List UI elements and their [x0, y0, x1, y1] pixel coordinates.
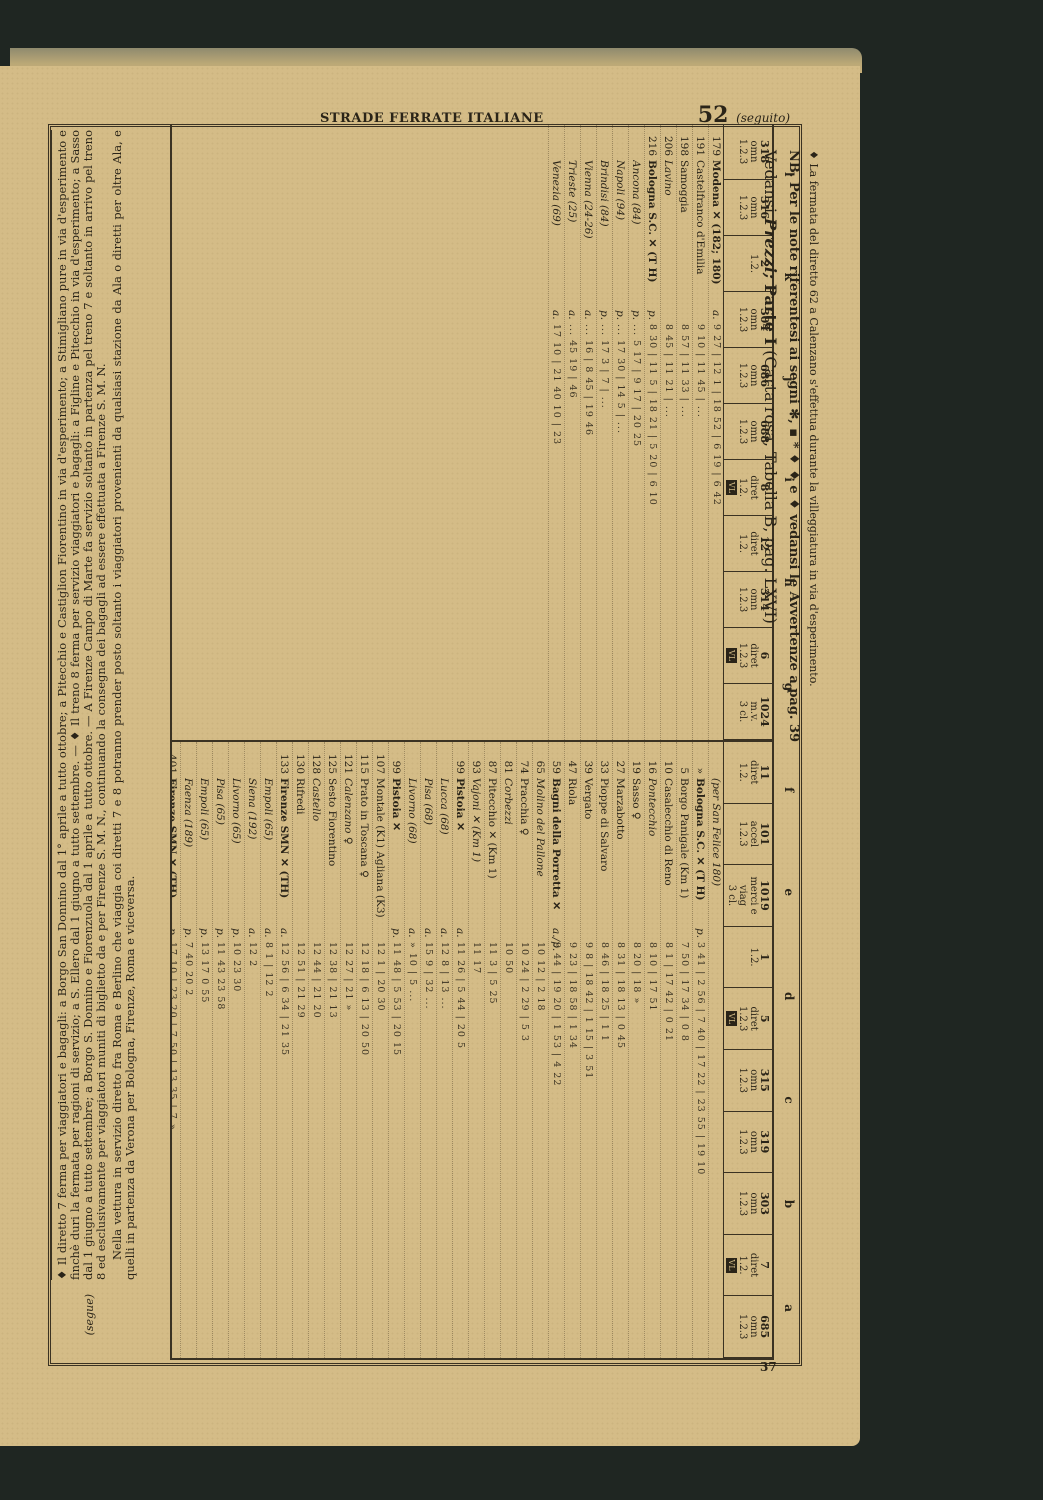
footer-rotated: ♦ La fermata del diretto 62 a Calenzano …	[760, 150, 820, 1370]
train-class: 1.2.3	[737, 1050, 748, 1111]
station-name: Empoli (65)	[199, 778, 211, 928]
timetable-rotated: lkjihgfedcba 318omn1.2.3316omn1.2.321.2.…	[48, 124, 796, 1360]
station-times: 11 3 | 5 25	[487, 942, 498, 1358]
train-kind: accel	[748, 804, 759, 865]
station-row: 401Firenze SMN ✕ (TH)p.17 10 | 23 20 | 7…	[172, 742, 180, 1358]
station-name: Bologna S.C. ✕ (T H)	[695, 778, 707, 928]
station-times: 8 46 | 18 25 | 1 1	[599, 942, 610, 1358]
arrival-departure-marker: a.	[711, 310, 723, 324]
station-name: Pistoia ✕	[391, 778, 403, 928]
station-name: Molino del Pallone	[535, 778, 547, 928]
station-row: Livorno (65)p.10 23 30	[228, 742, 244, 1358]
arrival-departure-marker: a.	[551, 310, 563, 324]
station-km: 125	[327, 742, 339, 778]
station-row: 128Castello12 44 | 21 20	[308, 742, 324, 1358]
station-row: 47Riola9 23 | 18 58 | 1 34	[564, 742, 580, 1358]
arrival-departure-marker: p.	[631, 310, 643, 324]
station-name: Vergato	[583, 778, 595, 928]
station-km: 99	[391, 742, 403, 778]
station-row: 99Pistoia ✕a.11 26 | 5 44 | 20 5	[452, 742, 468, 1358]
footnotes-upside-down: ♦ Il diretto 7 ferma per viaggiatori e b…	[51, 130, 166, 1280]
station-times: 9 8 | 18 42 | 1 15 | 3 51	[583, 942, 594, 1358]
footer-notes: ♦ La fermata del diretto 62 a Calenzano …	[760, 150, 820, 1350]
station-times: 10 23 30	[231, 942, 242, 1358]
station-name: Pioppe di Salvaro	[599, 778, 611, 928]
station-name: Livorno (68)	[407, 778, 419, 928]
station-times: 8 1 | 17 42 | 0 21	[663, 942, 674, 1358]
station-row: 87Pitecchio ✕ (Km 1)11 3 | 5 25	[484, 742, 500, 1358]
station-km: 19	[631, 742, 643, 778]
footnote-1: ♦ Il diretto 7 ferma per viaggiatori e b…	[56, 130, 108, 1280]
arrival-departure-marker: a.	[423, 928, 435, 942]
station-row: Pisa (68)a.15 9 | 32 ...	[420, 742, 436, 1358]
vl-badge: VL	[726, 648, 737, 663]
station-times: 10 50	[503, 942, 514, 1358]
station-km: 115	[359, 742, 371, 778]
station-name: Samoggia	[679, 160, 691, 310]
footer-note-nb: NB. Per le note riferentesi ai segni ✻, …	[786, 150, 801, 1350]
station-name: Pitecchio ✕ (Km 1)	[487, 778, 499, 928]
arrival-departure-marker: p.	[215, 928, 227, 942]
station-km: 10	[663, 742, 675, 778]
station-row: 133Firenze SMN ✕ (TH)a.12 56 | 6 34 | 21…	[276, 742, 292, 1358]
station-row: Faenza (189)p.7 40 20 2	[180, 742, 196, 1358]
train-class: 1.2.3	[737, 180, 748, 235]
station-name: Brindisi (84)	[599, 160, 611, 310]
train-class: 1.2.3	[737, 804, 748, 865]
station-name: Montale (K1) Agliana (K3)	[375, 778, 387, 928]
arrival-departure-marker: p.	[183, 928, 195, 942]
train-class: 1.2.3	[737, 572, 748, 627]
station-km: 216	[647, 124, 659, 160]
station-name: Borgo Panigale (Km 1)	[679, 778, 691, 928]
upper-stations: 179Modena ✕ (182; 180)a.9 27 | 12 1 | 18…	[548, 124, 724, 740]
station-km: 33	[599, 742, 611, 778]
station-name: Sasso ♀	[631, 778, 643, 928]
train-kind: omn	[748, 180, 759, 235]
station-name: Ancona (84)	[631, 160, 643, 310]
station-row: 125Sesto Fiorentino12 38 | 21 13	[324, 742, 340, 1358]
train-kind: diret	[748, 742, 759, 803]
arrival-departure-marker: p.	[391, 928, 403, 942]
station-row: 93Vajoni ✕ (Km 1)11 17	[468, 742, 484, 1358]
station-km: 74	[519, 742, 531, 778]
arrival-departure-marker: p.	[599, 310, 611, 324]
train-kind: omn	[748, 572, 759, 627]
station-times: 12 1 | 20 30	[375, 942, 386, 1358]
station-row: 179Modena ✕ (182; 180)a.9 27 | 12 1 | 18…	[708, 124, 724, 740]
train-class: 1.2.3	[737, 1296, 748, 1357]
station-row: Ancona (84)p.... 5 17 | 9 17 | 20 25	[628, 124, 644, 740]
arrival-departure-marker: a.	[263, 928, 275, 942]
lower-section: 11diret1.2.101accel1.2.31019merci e viag…	[172, 742, 772, 1360]
station-name: Lucca (68)	[439, 778, 451, 928]
station-km: 179	[711, 124, 723, 160]
station-times: 8 31 | 18 13 | 0 45	[615, 942, 626, 1358]
vl-badge: VL	[726, 480, 737, 495]
arrival-departure-marker: p.	[172, 928, 179, 942]
station-times: 10 12 | 2 18	[535, 942, 546, 1358]
train-kind: diret	[748, 988, 759, 1049]
station-name: Riola	[567, 778, 579, 928]
station-row: Lucca (68)a.12 8 | 13 ...	[436, 742, 452, 1358]
train-kind: omn	[748, 1112, 759, 1173]
train-class: 1.2.	[737, 742, 748, 803]
station-km: 16	[647, 742, 659, 778]
station-times: 7 40 20 2	[183, 942, 194, 1358]
arrival-departure-marker: a.	[583, 310, 595, 324]
station-times: 7 50 | 17 34 | 0 8	[679, 942, 690, 1358]
station-name: Bagni della Porretta ✕	[551, 778, 563, 928]
vl-badge: VL	[726, 1011, 737, 1026]
station-name: Trieste (25)	[567, 160, 579, 310]
arrival-departure-marker: p.	[199, 928, 211, 942]
station-times: 8 45 | 11 21 | ...	[663, 324, 674, 740]
station-km: 133	[279, 742, 291, 778]
station-times: 11 43 23 58	[215, 942, 226, 1358]
segue-label: (segue)	[83, 1294, 96, 1335]
arrival-departure-marker: a.	[279, 928, 291, 942]
station-times: 12 56 | 6 34 | 21 35	[279, 942, 290, 1358]
train-kind: m.v.	[748, 684, 759, 739]
station-name: Napoli (94)	[615, 160, 627, 310]
station-km: 81	[503, 742, 515, 778]
train-kind: omn	[748, 348, 759, 403]
station-row: 59Bagni della Porretta ✕a./p.9 44 | 19 2…	[548, 742, 564, 1358]
station-times: 10 24 | 2 29 | 5 3	[519, 942, 530, 1358]
station-row: Brindisi (84)p.... 17 3 | 7 | ...	[596, 124, 612, 740]
station-name: Pisa (65)	[215, 778, 227, 928]
station-row: 74Pracchia ♀10 24 | 2 29 | 5 3	[516, 742, 532, 1358]
station-name: Pisa (68)	[423, 778, 435, 928]
station-name: Modena ✕ (182; 180)	[711, 160, 723, 310]
train-kind: diret	[748, 1235, 759, 1296]
station-row: 99Pistoia ✕p.11 48 | 5 53 | 20 15	[388, 742, 404, 1358]
station-row: Empoli (65)p.13 17 0 55	[196, 742, 212, 1358]
page-number: 37	[760, 1360, 777, 1374]
station-km: 401	[172, 742, 179, 778]
station-km: 39	[583, 742, 595, 778]
train-class: 1.2.	[737, 460, 748, 515]
station-times: 8 1 | 12 2	[263, 942, 274, 1358]
station-name: Siena (192)	[247, 778, 259, 928]
train-kind: omn	[748, 124, 759, 179]
station-km: 99	[455, 742, 467, 778]
train-kind: omn	[748, 1296, 759, 1357]
train-kind: diret	[748, 460, 759, 515]
train-class: 1.2.3	[737, 988, 748, 1049]
station-name: Lavino	[663, 160, 675, 310]
station-times: 12 8 | 13 ...	[439, 942, 450, 1358]
station-row: Empoli (65)a.8 1 | 12 2	[260, 742, 276, 1358]
station-times: 3 41 | 2 56 | 7 40 | 17 22 | 23 55 | 19 …	[695, 942, 706, 1358]
station-times: 12 18 | 6 13 | 20 50	[359, 942, 370, 1358]
station-km: 87	[487, 742, 499, 778]
timetable-grid: 318omn1.2.3316omn1.2.321.2.304omn1.2.368…	[170, 124, 774, 1360]
station-name: Firenze SMN ✕ (TH)	[172, 778, 179, 928]
arrival-departure-marker: a./p.	[551, 928, 563, 942]
footnote-2: Nella vettura in servizio diretto fra Ro…	[111, 130, 137, 1280]
running-head: STRADE FERRATE ITALIANE 52 (seguito)	[320, 102, 790, 124]
station-row: 216Bologna S.C. ✕ (T H)p.8 30 | 11 5 | 1…	[644, 124, 660, 740]
train-class: 1.2.3	[737, 1173, 748, 1234]
station-times: 11 17	[471, 942, 482, 1358]
station-times: 12 38 | 21 13	[327, 942, 338, 1358]
arrival-departure-marker: a.	[247, 928, 259, 942]
station-name: Pistoia ✕	[455, 778, 467, 928]
station-name: Vajoni ✕ (Km 1)	[471, 778, 483, 928]
train-kind: diret	[748, 628, 759, 683]
train-kind: omn	[748, 292, 759, 347]
train-kind: merci e viag	[737, 865, 759, 926]
train-class: 1.2.	[737, 516, 748, 571]
station-row: 191Castelfranco d'Emilia9 10 | 11 45 | .…	[692, 124, 708, 740]
station-row: 121Calenzano ♀12 27 | 21 »	[340, 742, 356, 1358]
station-name: Castelfranco d'Emilia	[695, 160, 707, 310]
station-row: Siena (192)a.12 2	[244, 742, 260, 1358]
station-km: 191	[695, 124, 707, 160]
station-times: ... 45 19 | 46	[567, 324, 578, 740]
train-class: 1.2.3	[737, 292, 748, 347]
station-name: Casalecchio di Reno	[663, 778, 675, 928]
station-name: Firenze SMN ✕ (TH)	[279, 778, 291, 928]
station-name: Pontecchio	[647, 778, 659, 928]
station-times: 12 27 | 21 »	[343, 942, 354, 1358]
train-kind: omn	[748, 1173, 759, 1234]
train-class: 3 cl.	[726, 865, 737, 926]
train-class: 1.2.3	[737, 404, 748, 459]
station-row: 65Molino del Pallone10 12 | 2 18	[532, 742, 548, 1358]
station-times: 8 30 | 11 5 | 18 21 | 5 20 | 6 10	[647, 324, 658, 740]
arrival-departure-marker: p.	[231, 928, 243, 942]
arrival-departure-marker: p.	[695, 928, 707, 942]
train-class: 1.2.3	[737, 124, 748, 179]
station-times: 17 10 | 21 40 10 | 23	[551, 324, 562, 740]
station-name: Vienna (24-26)	[583, 160, 595, 310]
station-name: Prato in Toscana ♀	[359, 778, 371, 928]
station-row: 27Marzabotto8 31 | 18 13 | 0 45	[612, 742, 628, 1358]
upper-section: 318omn1.2.3316omn1.2.321.2.304omn1.2.368…	[172, 124, 772, 742]
station-row: 81Corbezzi10 50	[500, 742, 516, 1358]
arrival-departure-marker: p.	[615, 310, 627, 324]
station-times: ... 17 3 | 7 | ...	[599, 324, 610, 740]
station-row: (per San Felice 180)	[708, 742, 724, 1358]
station-name: Rifredi	[295, 778, 307, 928]
station-times: 11 48 | 5 53 | 20 15	[391, 942, 402, 1358]
station-km: 107	[375, 742, 387, 778]
station-km: »	[695, 742, 707, 778]
footer-note-calenzano: ♦ La fermata del diretto 62 a Calenzano …	[807, 150, 820, 1350]
station-times: 9 27 | 12 1 | 18 52 | 6 19 | 6 42	[711, 324, 722, 740]
station-name: Faenza (189)	[183, 778, 195, 928]
station-times: 9 10 | 11 45 | ...	[695, 324, 706, 740]
station-name: Calenzano ♀	[343, 778, 355, 928]
station-times: 11 26 | 5 44 | 20 5	[455, 942, 466, 1358]
station-km: 27	[615, 742, 627, 778]
station-km: 65	[535, 742, 547, 778]
station-row: Venezia (69)a.17 10 | 21 40 10 | 23	[548, 124, 564, 740]
station-times: 8 20 | 18 »	[631, 942, 642, 1358]
arrival-departure-marker: a.	[567, 310, 579, 324]
continuation-label: (seguito)	[736, 111, 790, 125]
train-kind: omn	[748, 1050, 759, 1111]
station-name: Corbezzi	[503, 778, 515, 928]
train-class: 1.2.	[737, 1235, 748, 1296]
station-row: 107Montale (K1) Agliana (K3)12 1 | 20 30	[372, 742, 388, 1358]
station-times: 8 10 | 17 51	[647, 942, 658, 1358]
train-class: 1.2.3	[737, 628, 748, 683]
station-row: Pisa (65)p.11 43 23 58	[212, 742, 228, 1358]
station-row: 198Samoggia8 57 | 11 33 | ...	[676, 124, 692, 740]
station-times: 17 10 | 23 20 | 7 50 | 13 35 | 7 »	[172, 942, 178, 1358]
station-times: ... 17 30 | 14 5 | ...	[615, 324, 626, 740]
train-class: 1.2.3	[737, 348, 748, 403]
station-row: Livorno (68)a.» 10 | 5 ...	[404, 742, 420, 1358]
station-km: 130	[295, 742, 307, 778]
station-row: 115Prato in Toscana ♀12 18 | 6 13 | 20 5…	[356, 742, 372, 1358]
train-class: 3 cl.	[737, 684, 748, 739]
station-row: Napoli (94)p.... 17 30 | 14 5 | ...	[612, 124, 628, 740]
station-times: 12 44 | 21 20	[311, 942, 322, 1358]
station-name: Sesto Fiorentino	[327, 778, 339, 928]
train-class: 1.2.	[748, 236, 759, 291]
station-name: Venezia (69)	[551, 160, 563, 310]
train-class: 1.2.3	[737, 1112, 748, 1173]
station-km: 59	[551, 742, 563, 778]
station-times: 9 23 | 18 58 | 1 34	[567, 942, 578, 1358]
station-name: Bologna S.C. ✕ (T H)	[647, 160, 659, 310]
station-name: Castello	[311, 778, 323, 928]
station-times: ... 5 17 | 9 17 | 20 25	[631, 324, 642, 740]
station-times: 12 51 | 21 29	[295, 942, 306, 1358]
station-times: 13 17 0 55	[199, 942, 210, 1358]
station-row: 16Pontecchio8 10 | 17 51	[644, 742, 660, 1358]
station-name: Marzabotto	[615, 778, 627, 928]
station-times: » 10 | 5 ...	[407, 942, 418, 1358]
station-row: 206Lavino8 45 | 11 21 | ...	[660, 124, 676, 740]
station-km: 206	[663, 124, 675, 160]
timetable-landscape: lkjihgfedcba 318omn1.2.3316omn1.2.321.2.…	[48, 124, 796, 1360]
station-times: 15 9 | 32 ...	[423, 942, 434, 1358]
station-times: 9 44 | 19 20 | 1 53 | 4 22	[551, 942, 562, 1358]
station-row: 39Vergato9 8 | 18 42 | 1 15 | 3 51	[580, 742, 596, 1358]
station-km: 93	[471, 742, 483, 778]
station-km: 121	[343, 742, 355, 778]
station-row: 5Borgo Panigale (Km 1)7 50 | 17 34 | 0 8	[676, 742, 692, 1358]
station-row: Trieste (25)a.... 45 19 | 46	[564, 124, 580, 740]
station-name: Livorno (65)	[231, 778, 243, 928]
station-km: 5	[679, 742, 691, 778]
station-row: 33Pioppe di Salvaro8 46 | 18 25 | 1 1	[596, 742, 612, 1358]
arrival-departure-marker: p.	[647, 310, 659, 324]
arrival-departure-marker: a.	[455, 928, 467, 942]
station-km: 128	[311, 742, 323, 778]
station-row: 19Sasso ♀8 20 | 18 »	[628, 742, 644, 1358]
station-row: »Bologna S.C. ✕ (T H)p.3 41 | 2 56 | 7 4…	[692, 742, 708, 1358]
arrival-departure-marker: a.	[407, 928, 419, 942]
lower-stations: (per San Felice 180)»Bologna S.C. ✕ (T H…	[172, 742, 724, 1358]
station-times: 8 57 | 11 33 | ...	[679, 324, 690, 740]
station-name: Pracchia ♀	[519, 778, 531, 928]
train-kind: omn	[748, 404, 759, 459]
station-row: Vienna (24-26)a.... 16 | 8 45 | 19 46	[580, 124, 596, 740]
train-class: 1.2.	[748, 927, 759, 988]
station-row: 10Casalecchio di Reno8 1 | 17 42 | 0 21	[660, 742, 676, 1358]
footer-note-prezzi: Vedansi Prezzi; Parte I (Carta rosa, Tab…	[761, 150, 780, 1350]
station-name: (per San Felice 180)	[711, 778, 723, 928]
station-times: 12 2	[247, 942, 258, 1358]
train-kind: diret	[748, 516, 759, 571]
station-km: 47	[567, 742, 579, 778]
station-km: 198	[679, 124, 691, 160]
arrival-departure-marker: a.	[439, 928, 451, 942]
station-row: 130Rifredi12 51 | 21 29	[292, 742, 308, 1358]
station-times: ... 16 | 8 45 | 19 46	[583, 324, 594, 740]
vl-badge: VL	[726, 1258, 737, 1273]
station-name: Empoli (65)	[263, 778, 275, 928]
